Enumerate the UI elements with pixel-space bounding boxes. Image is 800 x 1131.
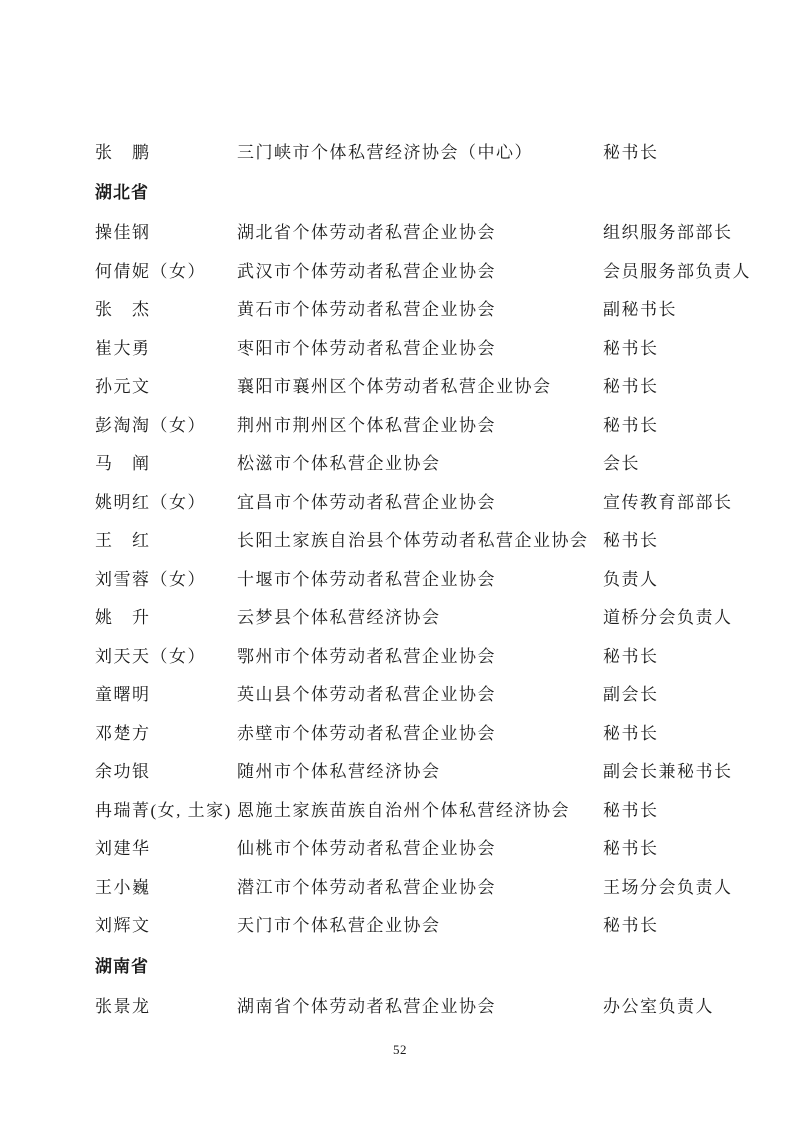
person-name: 马 阐	[95, 449, 237, 474]
roster-row: 邓楚方 赤壁市个体劳动者私营企业协会 秘书长	[95, 712, 732, 751]
association-name: 随州市个体私营经济协会	[237, 757, 603, 782]
roster-row: 童曙明 英山县个体劳动者私营企业协会 副会长	[95, 674, 732, 713]
person-name: 操佳钢	[95, 218, 237, 243]
person-position: 副秘书长	[603, 295, 732, 320]
roster-row: 何倩妮（女） 武汉市个体劳动者私营企业协会 会员服务部负责人	[95, 250, 732, 289]
association-name: 鄂州市个体劳动者私营企业协会	[237, 642, 603, 667]
person-position: 秘书长	[603, 642, 732, 667]
association-name: 赤壁市个体劳动者私营企业协会	[237, 719, 603, 744]
roster-row: 刘辉文 天门市个体私营企业协会 秘书长	[95, 905, 732, 944]
association-name: 仙桃市个体劳动者私营企业协会	[237, 834, 603, 859]
person-position: 会员服务部负责人	[603, 257, 751, 282]
association-name: 武汉市个体劳动者私营企业协会	[237, 257, 603, 282]
association-name: 湖北省个体劳动者私营企业协会	[237, 218, 603, 243]
person-name: 孙元文	[95, 372, 237, 397]
roster-row: 王 红 长阳土家族自治县个体劳动者私营企业协会 秘书长	[95, 520, 732, 559]
person-name: 邓楚方	[95, 719, 237, 744]
person-name: 童曙明	[95, 680, 237, 705]
roster-row: 王小巍 潜江市个体劳动者私营企业协会 王场分会负责人	[95, 866, 732, 905]
person-position: 秘书长	[603, 834, 732, 859]
person-name: 姚明红（女）	[95, 488, 237, 513]
person-position: 秘书长	[603, 411, 732, 436]
association-name: 天门市个体私营企业协会	[237, 911, 603, 936]
roster-list: 张 鹏 三门峡市个体私营经济协会（中心） 秘书长 湖北省 操佳钢 湖北省个体劳动…	[95, 131, 732, 1024]
association-name: 潜江市个体劳动者私营企业协会	[237, 873, 603, 898]
person-name: 王小巍	[95, 873, 237, 898]
province-section-header: 湖北省	[95, 170, 732, 212]
person-name: 姚 升	[95, 603, 237, 628]
person-position: 负责人	[603, 565, 732, 590]
roster-row: 刘雪蓉（女） 十堰市个体劳动者私营企业协会 负责人	[95, 558, 732, 597]
page-footer: 52	[0, 1042, 800, 1058]
person-position: 副会长兼秘书长	[603, 757, 733, 782]
association-name: 襄阳市襄州区个体劳动者私营企业协会	[237, 372, 603, 397]
association-name: 英山县个体劳动者私营企业协会	[237, 680, 603, 705]
roster-row: 马 阐 松滋市个体私营企业协会 会长	[95, 443, 732, 482]
person-position: 秘书长	[603, 138, 732, 163]
association-name: 湖南省个体劳动者私营企业协会	[237, 992, 603, 1017]
person-name: 余功银	[95, 757, 237, 782]
document-page: 张 鹏 三门峡市个体私营经济协会（中心） 秘书长 湖北省 操佳钢 湖北省个体劳动…	[0, 0, 800, 1131]
province-name: 湖北省	[95, 178, 149, 203]
person-position: 王场分会负责人	[603, 873, 733, 898]
association-name: 宜昌市个体劳动者私营企业协会	[237, 488, 603, 513]
person-position: 秘书长	[603, 911, 732, 936]
person-name: 彭淘淘（女）	[95, 411, 237, 436]
association-name: 黄石市个体劳动者私营企业协会	[237, 295, 603, 320]
association-name: 十堰市个体劳动者私营企业协会	[237, 565, 603, 590]
association-name: 长阳土家族自治县个体劳动者私营企业协会	[237, 526, 603, 551]
person-name: 冉瑞菁(女, 土家)	[95, 796, 237, 821]
person-name: 刘建华	[95, 834, 237, 859]
person-name: 张景龙	[95, 992, 237, 1017]
page-number: 52	[393, 1042, 407, 1057]
roster-row: 操佳钢 湖北省个体劳动者私营企业协会 组织服务部部长	[95, 212, 732, 251]
person-name: 刘天天（女）	[95, 642, 237, 667]
association-name: 枣阳市个体劳动者私营企业协会	[237, 334, 603, 359]
roster-row: 张 鹏 三门峡市个体私营经济协会（中心） 秘书长	[95, 131, 732, 170]
roster-row: 孙元文 襄阳市襄州区个体劳动者私营企业协会 秘书长	[95, 366, 732, 405]
roster-row: 姚 升 云梦县个体私营经济协会 道桥分会负责人	[95, 597, 732, 636]
person-name: 崔大勇	[95, 334, 237, 359]
person-position: 宣传教育部部长	[603, 488, 733, 513]
roster-row: 刘天天（女） 鄂州市个体劳动者私营企业协会 秘书长	[95, 635, 732, 674]
person-name: 刘辉文	[95, 911, 237, 936]
person-name: 何倩妮（女）	[95, 257, 237, 282]
roster-row: 崔大勇 枣阳市个体劳动者私营企业协会 秘书长	[95, 327, 732, 366]
roster-row: 彭淘淘（女） 荆州市荆州区个体私营企业协会 秘书长	[95, 404, 732, 443]
person-position: 会长	[603, 449, 732, 474]
person-position: 秘书长	[603, 796, 732, 821]
person-name: 刘雪蓉（女）	[95, 565, 237, 590]
person-position: 秘书长	[603, 334, 732, 359]
province-name: 湖南省	[95, 952, 149, 977]
association-name: 荆州市荆州区个体私营企业协会	[237, 411, 603, 436]
association-name: 云梦县个体私营经济协会	[237, 603, 603, 628]
person-position: 副会长	[603, 680, 732, 705]
person-position: 秘书长	[603, 526, 732, 551]
person-position: 秘书长	[603, 719, 732, 744]
roster-row: 姚明红（女） 宜昌市个体劳动者私营企业协会 宣传教育部部长	[95, 481, 732, 520]
roster-row: 刘建华 仙桃市个体劳动者私营企业协会 秘书长	[95, 828, 732, 867]
person-position: 秘书长	[603, 372, 732, 397]
roster-row: 张 杰 黄石市个体劳动者私营企业协会 副秘书长	[95, 289, 732, 328]
person-position: 道桥分会负责人	[603, 603, 733, 628]
association-name: 松滋市个体私营企业协会	[237, 449, 603, 474]
roster-row: 冉瑞菁(女, 土家) 恩施土家族苗族自治州个体私营经济协会 秘书长	[95, 789, 732, 828]
person-name: 张 杰	[95, 295, 237, 320]
person-name: 王 红	[95, 526, 237, 551]
roster-row: 张景龙 湖南省个体劳动者私营企业协会 办公室负责人	[95, 985, 732, 1024]
province-section-header: 湖南省	[95, 943, 732, 985]
association-name: 恩施土家族苗族自治州个体私营经济协会	[237, 796, 603, 821]
person-name: 张 鹏	[95, 138, 237, 163]
association-name: 三门峡市个体私营经济协会（中心）	[237, 138, 603, 163]
person-position: 组织服务部部长	[603, 218, 733, 243]
person-position: 办公室负责人	[603, 992, 732, 1017]
roster-row: 余功银 随州市个体私营经济协会 副会长兼秘书长	[95, 751, 732, 790]
